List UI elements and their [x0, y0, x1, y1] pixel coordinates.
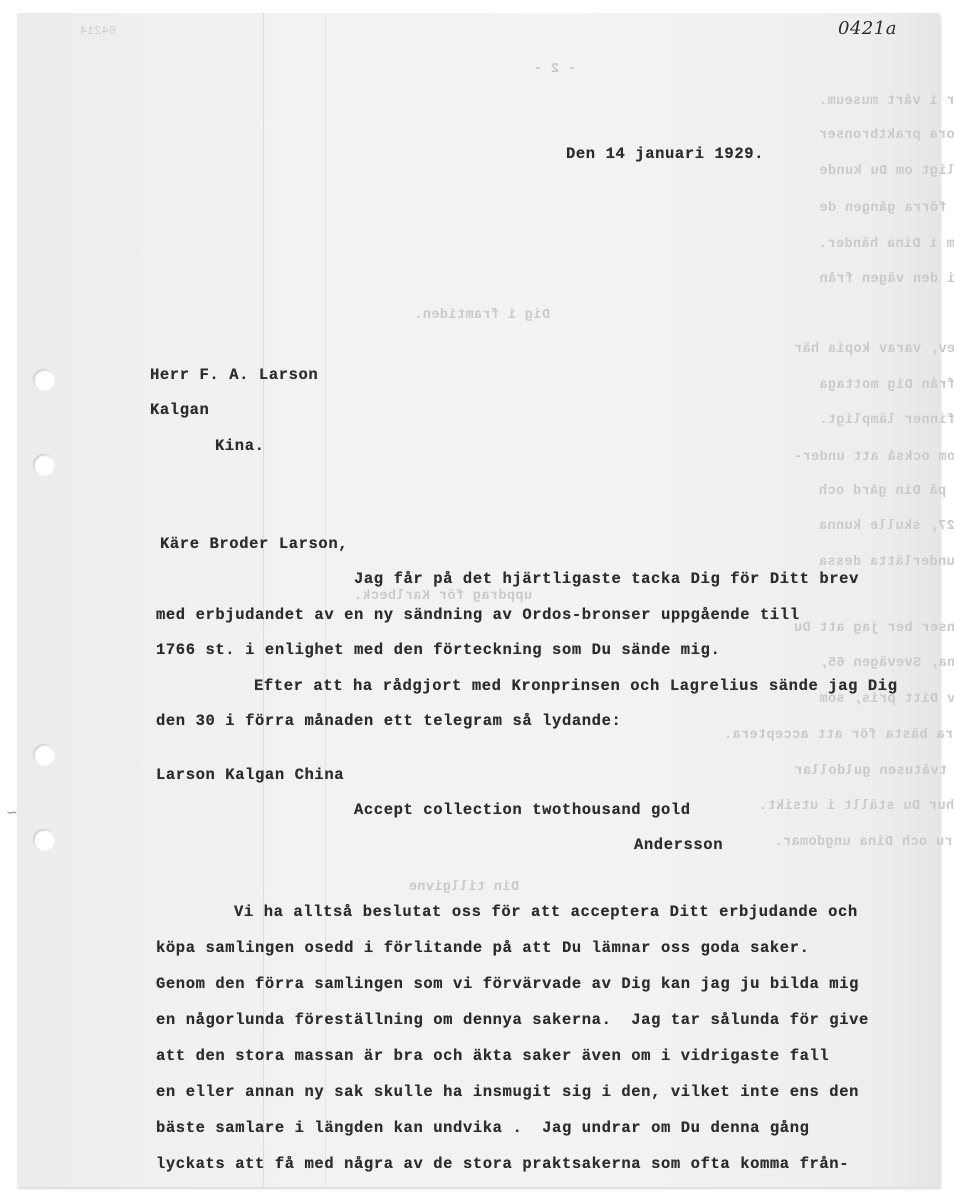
salutation: Käre Broder Larson, [160, 535, 348, 553]
telegram-signature: Andersson [634, 836, 723, 854]
paragraph-line: bäste samlare i längden kan undvika . Ja… [156, 1119, 810, 1137]
paragraph-line: en eller annan ny sak skulle ha insmugit… [156, 1083, 859, 1101]
body-line: med erbjudandet av en ny sändning av Ord… [156, 606, 800, 624]
telegram-address: Larson Kalgan China [156, 766, 344, 784]
paragraph-line: en någorlunda föreställning om dennya sa… [156, 1011, 869, 1029]
body-line: den 30 i förra månaden ett telegram så l… [156, 712, 621, 730]
body-line: Jag får på det hjärtligaste tacka Dig fö… [354, 570, 859, 588]
body-line: Efter att ha rådgjort med Kronprinsen oc… [254, 677, 898, 695]
date-line: Den 14 januari 1929. [566, 145, 764, 163]
recipient-country: Kina. [215, 437, 265, 455]
punch-hole [33, 369, 55, 391]
recipient-city: Kalgan [150, 401, 209, 419]
paragraph-line: lyckats att få med några av de stora pra… [156, 1155, 849, 1173]
paragraph-line: att den stora massan är bra och äkta sak… [156, 1047, 829, 1065]
paper-fiber-mark: ∽ [6, 805, 18, 821]
paragraph-line: Vi ha alltså beslutat oss för att accept… [234, 903, 858, 921]
archive-number: 0421a [838, 18, 897, 39]
telegram-message: Accept collection twothousand gold [354, 801, 691, 819]
paragraph-line: köpa samlingen osedd i förlitande på att… [156, 939, 810, 957]
punch-hole [33, 829, 55, 851]
punch-hole [33, 454, 55, 476]
recipient-name: Herr F. A. Larson [150, 366, 318, 384]
body-line: 1766 st. i enlighet med den förteckning … [156, 641, 720, 659]
paragraph-line: Genom den förra samlingen som vi förvärv… [156, 975, 859, 993]
punch-hole [33, 744, 55, 766]
